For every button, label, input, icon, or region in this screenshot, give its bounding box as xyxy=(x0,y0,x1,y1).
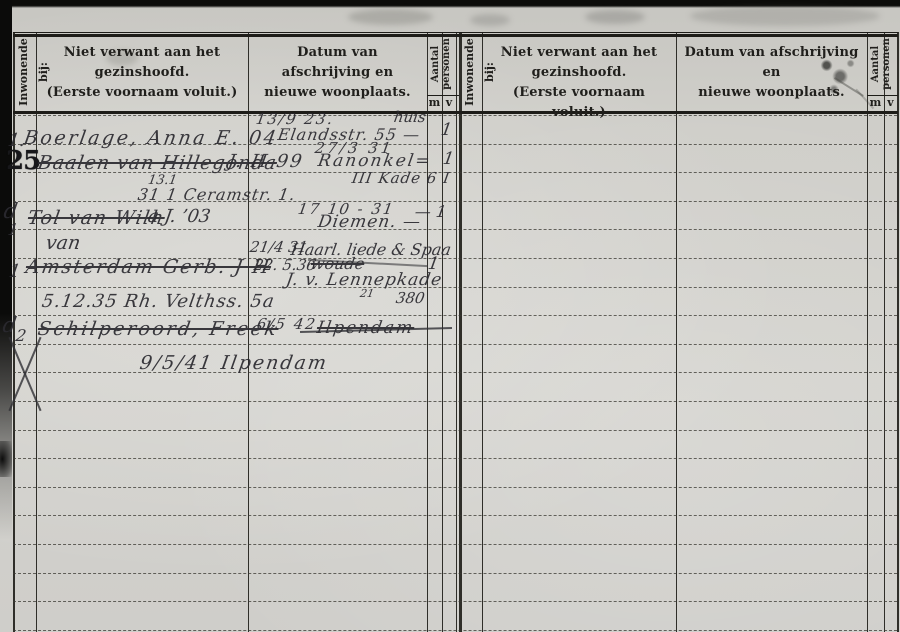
hw-row5-housenumber: 380 xyxy=(395,289,426,307)
grid-line xyxy=(427,32,428,632)
row-rule-line xyxy=(13,315,897,316)
grid-line xyxy=(482,32,483,632)
left-count-column-header: Aantal personen xyxy=(424,33,458,95)
row-rule-line xyxy=(13,630,897,631)
hw-row3-address: Diemen. — xyxy=(316,212,422,232)
hw-row6b-address: 9/5/41 Ilpendam xyxy=(138,352,329,374)
right-date-column-header: Datum van afschrijving en nieuwe woonpla… xyxy=(680,43,863,103)
stain xyxy=(470,14,510,26)
row-rule-line xyxy=(13,515,897,516)
hw-row3-margin-1: 1 xyxy=(6,220,19,239)
row-rule-line xyxy=(13,573,897,574)
right-v-column-label: v xyxy=(884,96,897,109)
row-rule-line xyxy=(13,544,897,545)
stain xyxy=(690,6,880,26)
row-rule-line xyxy=(13,458,897,459)
grid-line xyxy=(897,32,899,632)
left-name-header-line1: Niet verwant aan het gezinshoofd. xyxy=(40,43,244,83)
row-rule-line xyxy=(13,115,897,116)
hw-row5b-address: 5.12.35 Rh. Velthss. 5a xyxy=(40,291,276,312)
grid-line xyxy=(13,111,898,114)
row-rule-line xyxy=(13,344,897,345)
hw-row1-name: Boerlage, Anna E. 04 xyxy=(22,127,280,149)
hw-row5-sup: 21 xyxy=(359,287,375,300)
left-m-column-label: m xyxy=(427,96,442,109)
left-date-header-line1: Datum van afschrijving en xyxy=(252,43,423,83)
row-rule-line xyxy=(13,487,897,488)
left-date-column-header: Datum van afschrijving en nieuwe woonpla… xyxy=(252,43,423,103)
grid-line xyxy=(867,32,868,632)
hw-row3-name-suffix: a J. ’03 xyxy=(146,206,212,227)
hw-row2-count: 1 xyxy=(441,149,455,169)
hw-row4-name: van xyxy=(44,232,82,254)
grid-line xyxy=(676,32,677,632)
hw-row3-count: — 1 xyxy=(413,202,447,221)
stain xyxy=(585,10,645,24)
left-name-header-line2: (Eerste voornaam voluit.) xyxy=(40,83,244,103)
left-date-header-line2: nieuwe woonplaats. xyxy=(252,83,423,103)
row-rule-line xyxy=(13,401,897,402)
left-name-column-header: Niet verwant aan het gezinshoofd. (Eerst… xyxy=(40,43,244,103)
hw-row5-margin: 1 xyxy=(7,261,22,282)
grid-line xyxy=(459,32,462,632)
scan-left-blot xyxy=(0,441,12,477)
row-rule-line xyxy=(13,229,897,230)
hw-row6-name: Schilperoord, Freek xyxy=(36,318,280,340)
right-name-header-line1: Niet verwant aan het gezinshoofd. xyxy=(486,43,672,83)
scanned-register-page: Inwonende bij: Niet verwant aan het gezi… xyxy=(0,0,900,632)
right-name-column-header: Niet verwant aan het gezinshoofd. (Eerst… xyxy=(486,43,672,123)
hw-row2-address2: III Kade 6 I xyxy=(351,169,452,187)
grid-line xyxy=(456,32,457,632)
left-margin-column-header: Inwonende bij: xyxy=(14,32,34,112)
grid-line xyxy=(884,32,885,632)
hw-row1-floor: huis xyxy=(393,108,428,126)
row-rule-line xyxy=(13,430,897,431)
right-name-header-line2: (Eerste voornaam voluit.) xyxy=(486,83,672,123)
right-margin-column-header: Inwonende bij: xyxy=(460,32,480,112)
row-rule-line xyxy=(13,287,897,288)
stain xyxy=(348,9,433,25)
right-m-column-label: m xyxy=(867,96,884,109)
right-date-header-line1: Datum van afschrijving en xyxy=(680,43,863,83)
hw-row2b-address: 31 1 Ceramstr. 1. xyxy=(136,185,297,204)
left-v-column-label: v xyxy=(442,96,456,109)
hw-row2-address1: Ranonkel= xyxy=(316,151,433,171)
right-date-header-line2: nieuwe woonplaats. xyxy=(680,83,863,103)
hw-row2-initials: J. H 99 xyxy=(226,151,305,172)
hw-row1-count: 1 xyxy=(439,120,453,140)
hw-row5-name: Amsterdam Gerb. J H xyxy=(24,256,272,278)
hw-row6-margin-2: 2 xyxy=(14,326,27,345)
row-rule-line xyxy=(13,601,897,602)
right-count-column-header: Aantal personen xyxy=(864,33,898,95)
